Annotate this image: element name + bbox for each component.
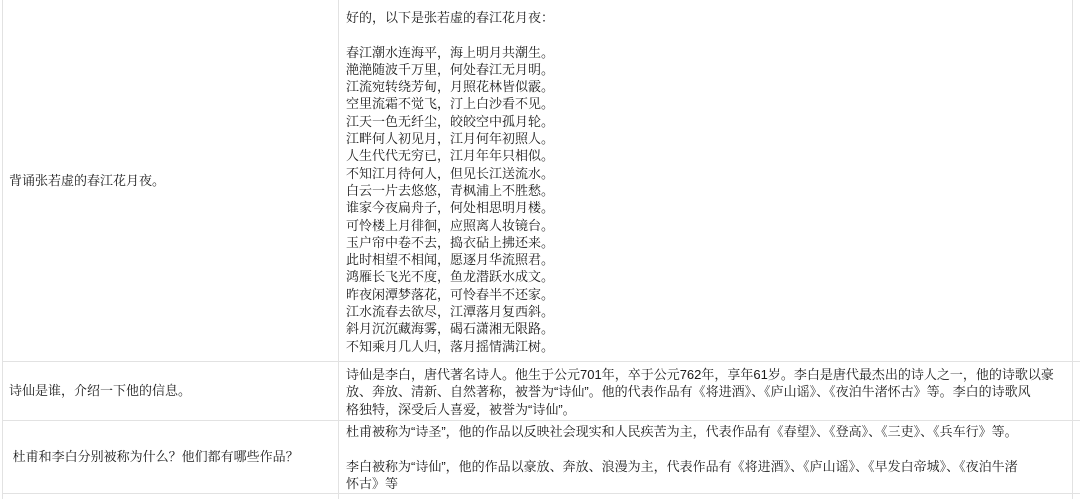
answer-cell [339, 494, 1073, 499]
question-text: 杜甫和李白分别被称为什么？他们都有哪些作品？ [9, 448, 299, 465]
table-row-partial [3, 494, 1080, 499]
question-text: 诗仙是谁，介绍一下他的信息。 [9, 382, 191, 399]
question-cell: 杜甫和李白分别被称为什么？他们都有哪些作品？ [3, 421, 339, 493]
table-stub-column [1073, 0, 1080, 361]
question-cell: 诗仙是谁，介绍一下他的信息。 [3, 362, 339, 420]
answer-cell: 诗仙是李白，唐代著名诗人。他生于公元701年，卒于公元762年，享年61岁。李白… [339, 362, 1073, 420]
qa-table: 背诵张若虚的春江花月夜。 好的，以下是张若虚的春江花月夜： 春江潮水连海平，海上… [2, 0, 1080, 499]
table-row: 诗仙是谁，介绍一下他的信息。 诗仙是李白，唐代著名诗人。他生于公元701年，卒于… [3, 362, 1080, 421]
table-stub-column [1073, 362, 1080, 420]
table-stub-column [1073, 494, 1080, 499]
question-cell: 背诵张若虚的春江花月夜。 [3, 0, 339, 361]
answer-cell: 好的，以下是张若虚的春江花月夜： 春江潮水连海平，海上明月共潮生。 滟滟随波千万… [339, 0, 1073, 361]
question-text: 背诵张若虚的春江花月夜。 [9, 172, 165, 189]
answer-cell: 杜甫被称为“诗圣”，他的作品以反映社会现实和人民疾苦为主，代表作品有《春望》、《… [339, 421, 1073, 493]
table-row: 杜甫和李白分别被称为什么？他们都有哪些作品？ 杜甫被称为“诗圣”，他的作品以反映… [3, 421, 1080, 494]
question-cell [3, 494, 339, 499]
table-row: 背诵张若虚的春江花月夜。 好的，以下是张若虚的春江花月夜： 春江潮水连海平，海上… [3, 0, 1080, 362]
table-stub-column [1073, 421, 1080, 493]
